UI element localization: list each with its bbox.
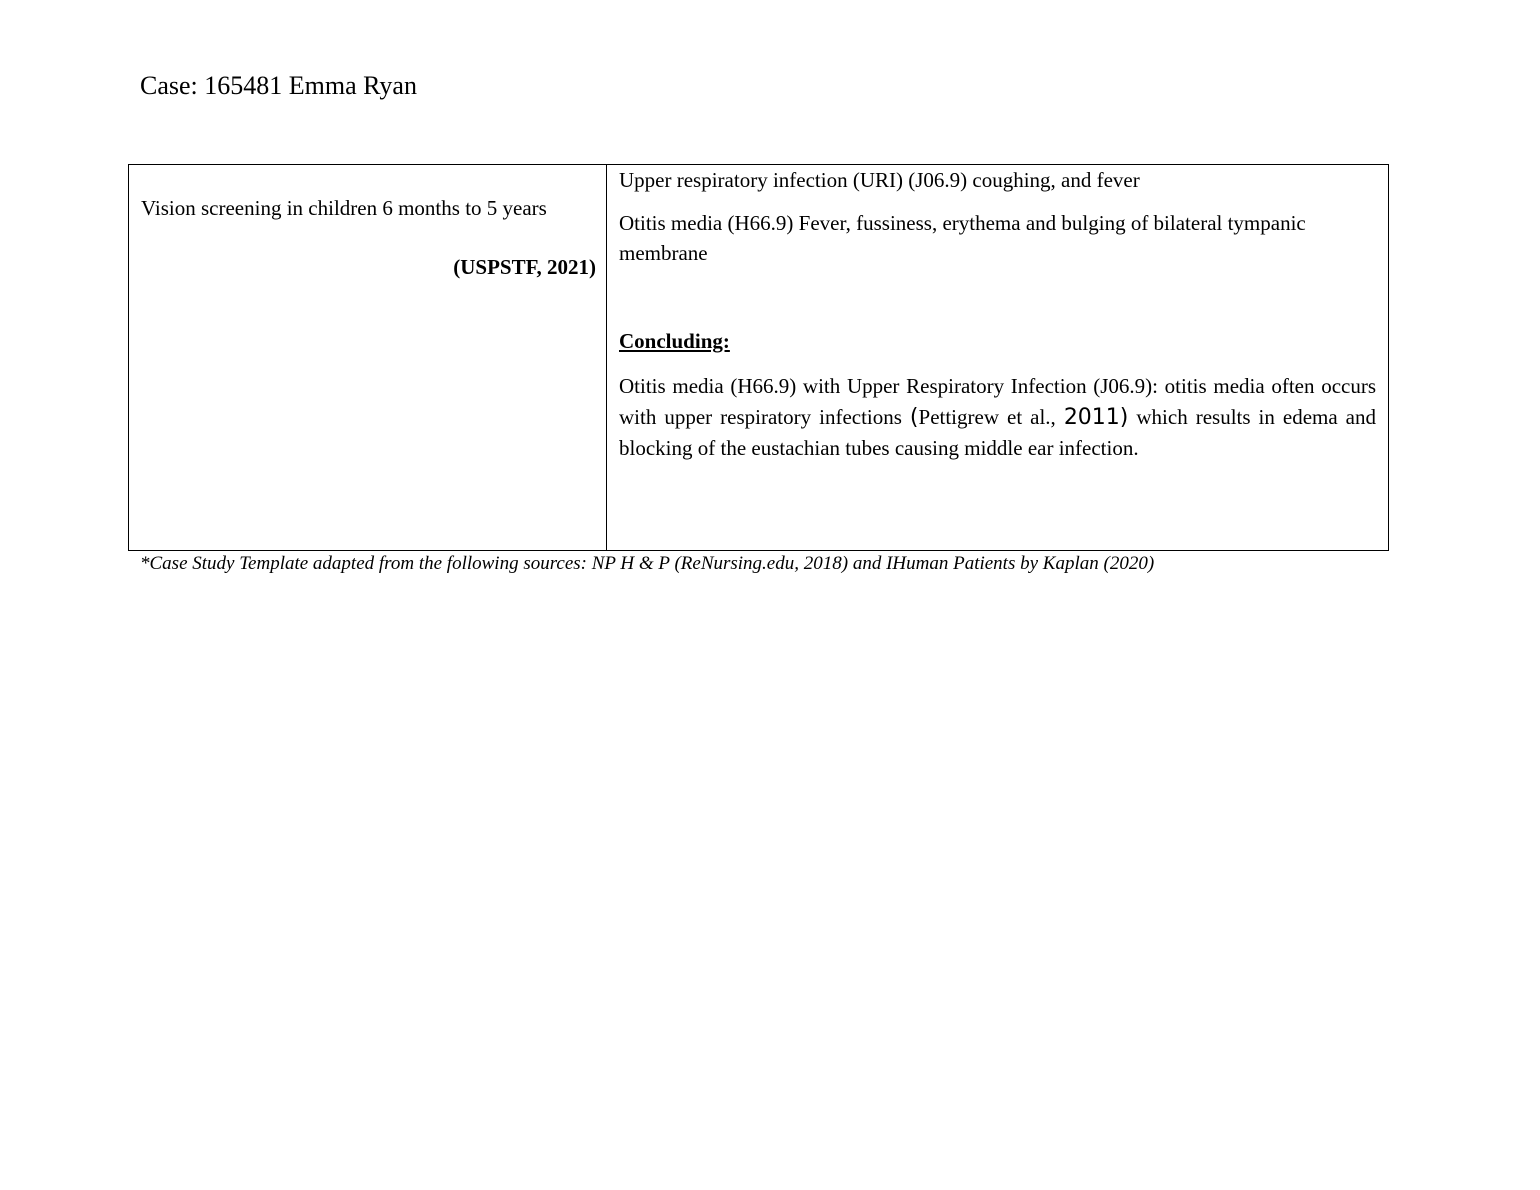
screening-citation: (USPSTF, 2021) (453, 254, 596, 280)
citation-author: Pettigrew et al., (919, 405, 1064, 429)
template-footnote: *Case Study Template adapted from the fo… (140, 552, 1154, 576)
diagnosis-uri: Upper respiratory infection (URI) (J06.9… (619, 165, 1376, 195)
case-table: Vision screening in children 6 months to… (128, 164, 1389, 551)
concluding-text: Otitis media (H66.9) with Upper Respirat… (619, 371, 1376, 464)
table-cell-left: Vision screening in children 6 months to… (129, 165, 607, 550)
concluding-heading: Concluding: (619, 326, 1376, 356)
diagnosis-otitis: Otitis media (H66.9) Fever, fussiness, e… (619, 208, 1376, 268)
citation-paren: ( (910, 405, 919, 430)
citation-year: 2011) (1064, 405, 1129, 430)
case-title: Case: 165481 Emma Ryan (140, 70, 417, 102)
screening-text: Vision screening in children 6 months to… (141, 195, 547, 221)
table-cell-right: Upper respiratory infection (URI) (J06.9… (607, 165, 1388, 550)
